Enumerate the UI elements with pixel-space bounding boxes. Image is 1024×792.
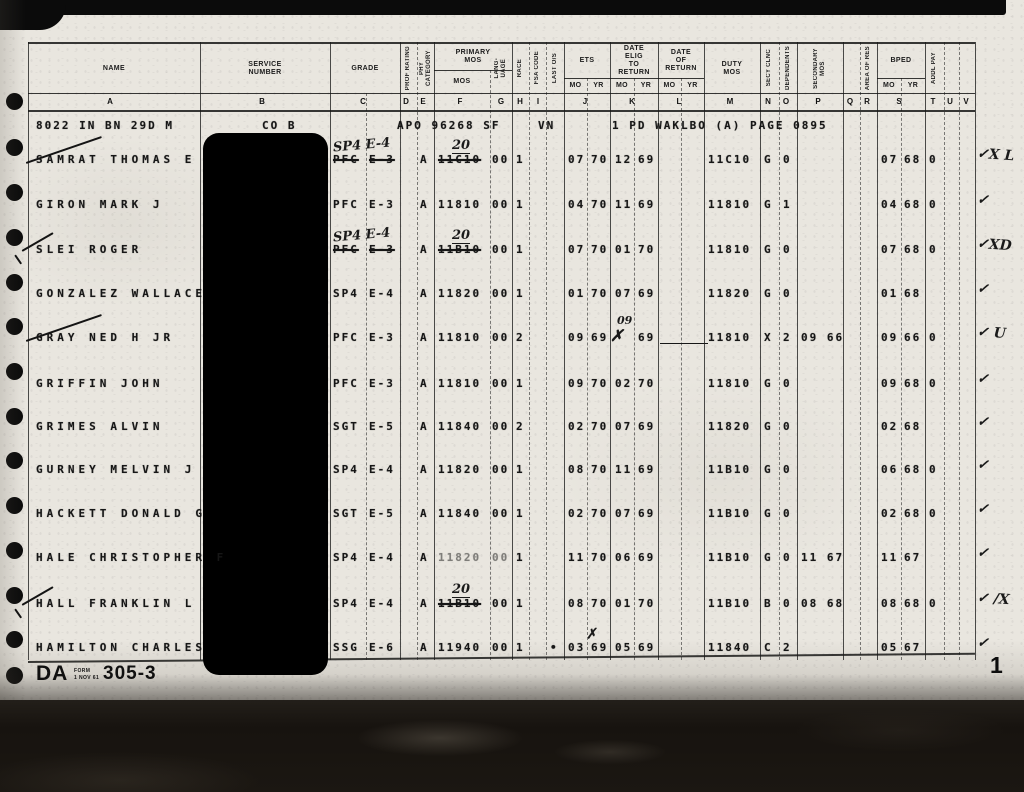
cell-addl: 0 xyxy=(929,331,938,344)
cell-elig_yr: 70 xyxy=(638,243,655,256)
cell-bped_yr: 68 xyxy=(904,198,921,211)
cell-ets_mo: 08 xyxy=(568,463,585,476)
cell-phy: A xyxy=(420,243,429,256)
col-letter-G: G xyxy=(498,97,504,106)
cell-sec: 11 67 xyxy=(801,551,844,564)
cell-ets_mo: 09 xyxy=(568,331,585,344)
scanned-roster-sheet: DA FORM 1 NOV 61 305-3 1 NAMESERVICE NUM… xyxy=(0,0,1024,792)
table-vline xyxy=(400,42,401,660)
col-header-secondary_mos: SECONDARY MOS xyxy=(797,44,843,92)
cell-elig_mo: 11 xyxy=(615,198,632,211)
scan-bottom-band xyxy=(0,700,1024,792)
cell-pay: E-3 xyxy=(369,377,395,390)
hand-mos: 20 xyxy=(452,228,470,244)
cell-elig_yr: 69 xyxy=(638,463,655,476)
cell-addl: 0 xyxy=(929,198,938,211)
margin-mark: ✓ xyxy=(976,192,989,209)
table-vline xyxy=(28,42,29,660)
cell-addl: 0 xyxy=(929,463,938,476)
table-vline xyxy=(330,42,331,660)
org-line: 1 PD WAKLBO (A) PAGE 0895 xyxy=(612,119,828,132)
punch-hole xyxy=(6,587,23,604)
cell-ets_yr: 70 xyxy=(591,198,608,211)
cell-bped_mo: 02 xyxy=(881,507,898,520)
margin-mark: ✓ xyxy=(976,545,989,562)
elig-strike-mark: ✗ xyxy=(610,326,623,345)
cell-duty: 11B10 xyxy=(708,597,751,610)
cell-pay: E-5 xyxy=(369,420,395,433)
col-letter-N: N xyxy=(765,97,771,106)
cell-bped_yr: 68 xyxy=(904,287,921,300)
cell-grade: SP4 xyxy=(333,597,359,610)
cell-name: HALE CHRISTOPHER F xyxy=(36,551,227,564)
cell-dep: 2 xyxy=(783,331,792,344)
cell-elig_yr: 69 xyxy=(638,287,655,300)
col-header-mos: MOS xyxy=(434,71,490,92)
cell-dep: 1 xyxy=(783,198,792,211)
cell-phy: A xyxy=(420,420,429,433)
punch-hole xyxy=(6,497,23,514)
col-header-label: LANG- UAGE xyxy=(494,58,508,79)
org-company: CO B xyxy=(262,119,297,132)
col-letter-P: P xyxy=(815,97,820,106)
col-header-label: RACE xyxy=(517,59,524,77)
cell-phy: A xyxy=(420,287,429,300)
cell-bped_yr: 68 xyxy=(904,597,921,610)
cell-bped_yr: 66 xyxy=(904,331,921,344)
cell-ets_yr: 70 xyxy=(591,463,608,476)
cell-mos: 11B10 xyxy=(438,243,481,256)
cell-elig_yr: 70 xyxy=(638,377,655,390)
col-subheader-yr: YR xyxy=(634,79,658,92)
col-letter-I: I xyxy=(537,97,539,106)
cell-elig_mo: 07 xyxy=(615,287,632,300)
cell-bped_mo: 11 xyxy=(881,551,898,564)
cell-bped_mo: 02 xyxy=(881,420,898,433)
cell-mos: 11820 xyxy=(438,463,481,476)
cell-bped_yr: 68 xyxy=(904,463,921,476)
cell-ets_mo: 02 xyxy=(568,507,585,520)
cell-mos: 11820 xyxy=(438,287,481,300)
cell-sec: 08 68 xyxy=(801,597,844,610)
table-vline xyxy=(860,42,861,660)
col-letter-L: L xyxy=(677,97,682,106)
cell-os: • xyxy=(550,641,559,654)
cell-clnc: G xyxy=(764,377,773,390)
cell-duty: 11820 xyxy=(708,420,751,433)
table-vline xyxy=(843,42,844,660)
cell-name: SAMRAT THOMAS E xyxy=(36,153,195,166)
cell-ets_mo: 07 xyxy=(568,153,585,166)
cell-mos: 11C10 xyxy=(438,153,481,166)
cell-suffix: 00 xyxy=(492,420,509,433)
cell-grade: PFC xyxy=(333,331,359,344)
cell-elig_mo: 01 xyxy=(615,243,632,256)
cell-dep: 0 xyxy=(783,597,792,610)
cell-suffix: 00 xyxy=(492,287,509,300)
cell-ets_mo: 02 xyxy=(568,420,585,433)
cell-ets_yr: 70 xyxy=(591,153,608,166)
cell-ets_yr: 70 xyxy=(591,420,608,433)
cell-elig_mo: 12 xyxy=(615,153,632,166)
cell-phy: A xyxy=(420,463,429,476)
cell-duty: 11810 xyxy=(708,198,751,211)
margin-mark: ✓XD xyxy=(976,236,1012,254)
cell-ets_mo: 03 xyxy=(568,641,585,654)
cell-pay: E-3 xyxy=(369,243,395,256)
cell-pay: E-6 xyxy=(369,641,395,654)
col-subheader-mo: MO xyxy=(658,79,681,92)
cell-grade: SSG xyxy=(333,641,359,654)
table-hline xyxy=(28,93,975,94)
cell-grade: SP4 xyxy=(333,463,359,476)
cell-ets_yr: 69 xyxy=(591,331,608,344)
col-header-prof_rating: PROF RATING xyxy=(400,44,417,92)
table-vline xyxy=(529,42,530,660)
margin-mark: ✓ xyxy=(976,457,989,474)
cell-mos: 11810 xyxy=(438,331,481,344)
cell-duty: 11810 xyxy=(708,331,751,344)
cell-bped_yr: 68 xyxy=(904,243,921,256)
cell-ets_mo: 09 xyxy=(568,377,585,390)
punch-hole xyxy=(6,363,23,380)
hand-underline xyxy=(660,343,708,344)
cell-ets_mo: 01 xyxy=(568,287,585,300)
table-hline xyxy=(28,110,975,112)
cell-elig_yr: 69 xyxy=(638,198,655,211)
col-header-date_elig: DATE ELIG TO RETURN xyxy=(610,44,658,77)
punch-hole xyxy=(6,229,23,246)
cell-clnc: G xyxy=(764,243,773,256)
table-vline xyxy=(200,42,201,660)
cell-dep: 0 xyxy=(783,243,792,256)
form-date-small: 1 NOV 61 xyxy=(74,675,99,681)
col-header-label: SECONDARY MOS xyxy=(813,48,827,89)
col-header-label: PROF RATING xyxy=(405,46,412,90)
cell-name: GRIFFIN JOHN xyxy=(36,377,163,390)
org-unit: 8022 IN BN 29D M xyxy=(36,119,174,132)
col-header-label: DEPENDENTS xyxy=(785,46,792,90)
col-letter-U: U xyxy=(947,97,953,106)
cell-pay: E-5 xyxy=(369,507,395,520)
cell-clnc: G xyxy=(764,507,773,520)
cell-elig_mo: 07 xyxy=(615,420,632,433)
cell-bped_mo: 09 xyxy=(881,331,898,344)
table-vline xyxy=(564,42,565,660)
table-vline xyxy=(634,78,635,660)
table-vline xyxy=(546,42,547,660)
col-letter-V: V xyxy=(963,97,968,106)
cell-suffix: 00 xyxy=(492,377,509,390)
cell-race: 1 xyxy=(516,287,525,300)
cell-clnc: G xyxy=(764,463,773,476)
cell-elig_mo: 07 xyxy=(615,507,632,520)
hand-ets-mark: ✗ xyxy=(585,626,598,642)
cell-elig_mo: 02 xyxy=(615,377,632,390)
table-vline xyxy=(975,42,976,660)
col-subheader-yr: YR xyxy=(587,79,610,92)
cell-pay: E-4 xyxy=(369,597,395,610)
cell-sec: 09 66 xyxy=(801,331,844,344)
col-header-date_return: DATE OF RETURN xyxy=(658,44,704,77)
cell-bped_mo: 07 xyxy=(881,243,898,256)
col-letter-F: F xyxy=(458,97,463,106)
cell-clnc: G xyxy=(764,153,773,166)
table-vline xyxy=(434,42,435,660)
cell-elig_mo: 05 xyxy=(615,641,632,654)
margin-mark: ✓ /X xyxy=(976,590,1010,608)
cell-race: 1 xyxy=(516,551,525,564)
cell-clnc: B xyxy=(764,597,773,610)
cell-elig_yr: 69 xyxy=(638,641,655,654)
cell-race: 1 xyxy=(516,507,525,520)
col-letter-J: J xyxy=(583,97,587,106)
col-header-last_os: LAST O/S xyxy=(546,44,564,92)
margin-mark: ✓ xyxy=(976,414,989,431)
table-vline xyxy=(959,42,960,660)
punch-hole xyxy=(6,408,23,425)
cell-ets_yr: 70 xyxy=(591,243,608,256)
name-check-tail xyxy=(14,608,22,618)
col-header-ets: ETS xyxy=(564,45,610,77)
cell-addl: 0 xyxy=(929,377,938,390)
cell-name: SLEI ROGER xyxy=(36,243,142,256)
cell-bped_yr: 68 xyxy=(904,153,921,166)
table-vline xyxy=(681,78,682,660)
table-vline xyxy=(877,42,878,660)
cell-pay: E-4 xyxy=(369,463,395,476)
hand-elig: 09 xyxy=(617,314,632,327)
cell-ets_mo: 08 xyxy=(568,597,585,610)
cell-bped_yr: 67 xyxy=(904,551,921,564)
cell-suffix: 00 xyxy=(492,641,509,654)
cell-elig_yr: 70 xyxy=(638,597,655,610)
cell-ets_yr: 69 xyxy=(591,641,608,654)
col-header-label: FSA CODE xyxy=(534,51,541,84)
col-header-duty_mos: DUTY MOS xyxy=(704,45,760,93)
cell-grade: PFC xyxy=(333,377,359,390)
cell-mos: 11840 xyxy=(438,420,481,433)
cell-phy: A xyxy=(420,198,429,211)
cell-grade: PFC xyxy=(333,198,359,211)
cell-mos: 11820 xyxy=(438,551,481,564)
cell-name: GONZALEZ WALLACE xyxy=(36,287,206,300)
col-header-language: LANG- UAGE xyxy=(490,44,512,92)
col-header-label: PHY CATEGORY xyxy=(419,44,433,92)
cell-pay: E-3 xyxy=(369,198,395,211)
cell-suffix: 00 xyxy=(492,597,509,610)
cell-suffix: 00 xyxy=(492,198,509,211)
cell-addl: 0 xyxy=(929,153,938,166)
col-subheader-yr: YR xyxy=(681,79,704,92)
cell-mos: 11940 xyxy=(438,641,481,654)
cell-name: GRAY NED H JR xyxy=(36,331,174,344)
cell-clnc: G xyxy=(764,287,773,300)
cell-race: 1 xyxy=(516,198,525,211)
col-header-label: LAST O/S xyxy=(552,53,559,83)
cell-ets_yr: 70 xyxy=(591,507,608,520)
cell-name: HALL FRANKLIN L xyxy=(36,597,195,610)
table-vline xyxy=(760,42,761,660)
cell-dep: 0 xyxy=(783,153,792,166)
col-letter-E: E xyxy=(420,97,425,106)
cell-ets_mo: 04 xyxy=(568,198,585,211)
cell-dep: 0 xyxy=(783,507,792,520)
punch-hole xyxy=(6,274,23,291)
col-header-phy_category: PHY CATEGORY xyxy=(417,44,434,92)
cell-clnc: G xyxy=(764,420,773,433)
punch-hole xyxy=(6,139,23,156)
cell-grade: SP4 xyxy=(333,287,359,300)
cell-suffix: 00 xyxy=(492,243,509,256)
cell-pay: E-3 xyxy=(369,331,395,344)
cell-bped_mo: 07 xyxy=(881,153,898,166)
cell-phy: A xyxy=(420,551,429,564)
cell-race: 2 xyxy=(516,420,525,433)
form-number: 305-3 xyxy=(103,663,157,685)
cell-bped_yr: 68 xyxy=(904,507,921,520)
cell-dep: 2 xyxy=(783,641,792,654)
col-letter-B: B xyxy=(259,97,265,106)
table-vline xyxy=(417,42,418,660)
col-letter-A: A xyxy=(107,97,113,106)
col-header-fsa_code: FSA CODE xyxy=(529,44,546,92)
cell-pay: E-3 xyxy=(369,153,395,166)
cell-bped_mo: 04 xyxy=(881,198,898,211)
cell-dep: 0 xyxy=(783,377,792,390)
cell-suffix: 00 xyxy=(492,551,509,564)
cell-suffix: 00 xyxy=(492,507,509,520)
table-vline xyxy=(512,42,513,660)
table-vline xyxy=(610,42,611,660)
cell-dep: 0 xyxy=(783,463,792,476)
cell-bped_yr: 67 xyxy=(904,641,921,654)
cell-phy: A xyxy=(420,377,429,390)
col-letter-Q: Q xyxy=(847,97,853,106)
cell-name: HACKETT DONALD G xyxy=(36,507,206,520)
cell-elig_yr: 69 xyxy=(638,551,655,564)
table-vline xyxy=(779,42,780,660)
col-header-label: ADDL PAY xyxy=(931,52,938,84)
cell-mos: 11B10 xyxy=(438,597,481,610)
cell-race: 1 xyxy=(516,597,525,610)
cell-pay: E-4 xyxy=(369,287,395,300)
cell-phy: A xyxy=(420,597,429,610)
cell-bped_mo: 08 xyxy=(881,597,898,610)
cell-mos: 11810 xyxy=(438,198,481,211)
col-header-label: SECY CLNC xyxy=(766,49,773,86)
margin-mark: ✓ U xyxy=(976,324,1006,342)
col-letter-O: O xyxy=(783,97,789,106)
cell-bped_yr: 68 xyxy=(904,420,921,433)
cell-clnc: X xyxy=(764,331,773,344)
cell-suffix: 00 xyxy=(492,153,509,166)
table-vline xyxy=(797,42,798,660)
col-header-race: RACE xyxy=(512,44,529,92)
page-number: 1 xyxy=(990,652,1003,679)
cell-race: 1 xyxy=(516,153,525,166)
col-subheader-mo: MO xyxy=(564,79,587,92)
cell-suffix: 00 xyxy=(492,463,509,476)
cell-elig_mo: 11 xyxy=(615,463,632,476)
cell-phy: A xyxy=(420,331,429,344)
cell-name: GURNEY MELVIN J xyxy=(36,463,195,476)
cell-addl: 0 xyxy=(929,507,938,520)
punch-hole xyxy=(6,93,23,110)
cell-race: 2 xyxy=(516,331,525,344)
punch-hole xyxy=(6,318,23,335)
cell-duty: 11820 xyxy=(708,287,751,300)
cell-elig_yr: 69 xyxy=(638,153,655,166)
cell-bped_mo: 05 xyxy=(881,641,898,654)
scan-top-corner-blob xyxy=(0,0,66,30)
table-vline xyxy=(658,42,659,660)
cell-elig_yr: 69 xyxy=(638,507,655,520)
cell-mos: 11840 xyxy=(438,507,481,520)
margin-mark: ✓ xyxy=(976,281,989,298)
cell-race: 1 xyxy=(516,463,525,476)
cell-dep: 0 xyxy=(783,420,792,433)
punch-hole xyxy=(6,184,23,201)
cell-ets_yr: 70 xyxy=(591,287,608,300)
table-vline xyxy=(704,42,705,660)
cell-name: HAMILTON CHARLES xyxy=(36,641,206,654)
cell-ets_yr: 70 xyxy=(591,597,608,610)
cell-race: 1 xyxy=(516,641,525,654)
table-vline xyxy=(901,78,902,660)
cell-elig_yr: 69 xyxy=(638,420,655,433)
cell-duty: 11B10 xyxy=(708,551,751,564)
form-word-small: FORM xyxy=(74,668,90,674)
col-subheader-yr: YR xyxy=(901,79,925,92)
cell-ets_yr: 70 xyxy=(591,377,608,390)
col-letter-D: D xyxy=(403,97,409,106)
cell-phy: A xyxy=(420,507,429,520)
punch-hole xyxy=(6,452,23,469)
col-header-dependents: DEPENDENTS xyxy=(779,44,797,92)
col-header-name: NAME xyxy=(28,45,200,93)
col-header-bped: BPED xyxy=(877,45,925,77)
col-letter-T: T xyxy=(931,97,936,106)
punch-hole xyxy=(6,542,23,559)
cell-dep: 0 xyxy=(783,551,792,564)
cell-clnc: G xyxy=(764,198,773,211)
cell-ets_mo: 07 xyxy=(568,243,585,256)
cell-phy: A xyxy=(420,153,429,166)
cell-grade: SP4 xyxy=(333,551,359,564)
col-letter-K: K xyxy=(629,97,635,106)
cell-duty: 11C10 xyxy=(708,153,751,166)
col-letter-M: M xyxy=(727,97,734,106)
cell-duty: 11810 xyxy=(708,243,751,256)
cell-bped_mo: 09 xyxy=(881,377,898,390)
margin-mark: ✓ xyxy=(976,635,989,652)
form-brand: DA xyxy=(36,662,68,686)
cell-pay: E-4 xyxy=(369,551,395,564)
margin-mark: ✓ xyxy=(976,501,989,518)
hand-mos: 20 xyxy=(452,582,470,598)
col-header-service_number: SERVICE NUMBER xyxy=(200,45,330,93)
cell-bped_yr: 68 xyxy=(904,377,921,390)
col-letter-C: C xyxy=(360,97,366,106)
col-header-area_res: AREA OF RES xyxy=(860,44,877,92)
org-apo: APO 96268 SF xyxy=(397,119,500,132)
redaction-box xyxy=(203,133,328,675)
cell-duty: 11B10 xyxy=(708,507,751,520)
scan-top-bar xyxy=(0,0,1006,15)
table-vline xyxy=(490,70,491,660)
cell-phy: A xyxy=(420,641,429,654)
